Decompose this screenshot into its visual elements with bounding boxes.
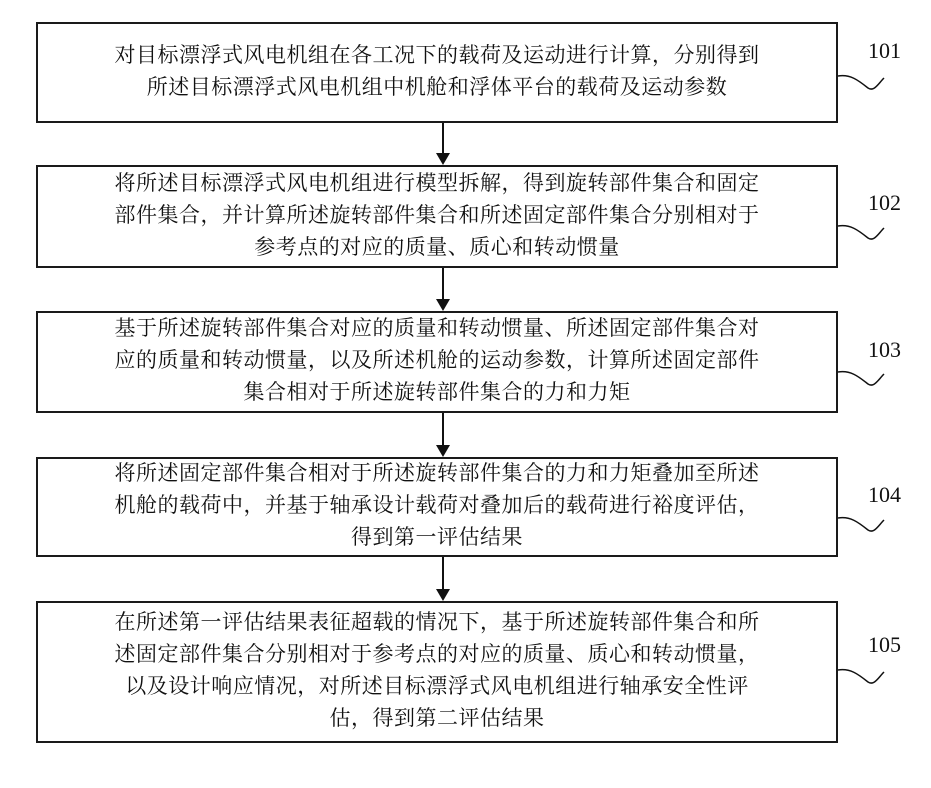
- step-box-102: 将所述目标漂浮式风电机组进行模型拆解，得到旋转部件集合和固定 部件集合，并计算所…: [36, 165, 838, 268]
- step-text-line: 部件集合，并计算所述旋转部件集合和所述固定部件集合分别相对于: [48, 199, 826, 231]
- step-box-101: 对目标漂浮式风电机组在各工况下的载荷及运动进行计算，分别得到 所述目标漂浮式风电…: [36, 22, 838, 123]
- step-box-103: 基于所述旋转部件集合对应的质量和转动惯量、所述固定部件集合对 应的质量和转动惯量…: [36, 311, 838, 413]
- step-text-line: 基于所述旋转部件集合对应的质量和转动惯量、所述固定部件集合对: [48, 312, 826, 344]
- step-label-101: 101: [868, 38, 901, 64]
- step-text-line: 估，得到第二评估结果: [48, 702, 826, 734]
- step-label-102: 102: [868, 190, 901, 216]
- step-text-line: 得到第一评估结果: [48, 521, 826, 553]
- arrow-down-icon: [436, 557, 450, 601]
- step-box-105: 在所述第一评估结果表征超载的情况下，基于所述旋转部件集合和所 述固定部件集合分别…: [36, 601, 838, 743]
- leader-squiggle-icon: [838, 366, 898, 396]
- step-text-line: 将所述固定部件集合相对于所述旋转部件集合的力和力矩叠加至所述: [48, 457, 826, 489]
- step-text-line: 以及设计响应情况，对所述目标漂浮式风电机组进行轴承安全性评: [48, 670, 826, 702]
- step-text-line: 集合相对于所述旋转部件集合的力和力矩: [48, 376, 826, 408]
- step-text-line: 将所述目标漂浮式风电机组进行模型拆解，得到旋转部件集合和固定: [48, 167, 826, 199]
- step-text-line: 对目标漂浮式风电机组在各工况下的载荷及运动进行计算，分别得到: [48, 39, 826, 71]
- leader-squiggle-icon: [838, 512, 898, 542]
- arrow-down-icon: [436, 268, 450, 311]
- step-text-line: 应的质量和转动惯量，以及所述机舱的运动参数，计算所述固定部件: [48, 344, 826, 376]
- step-label-104: 104: [868, 482, 901, 508]
- arrow-down-icon: [436, 123, 450, 165]
- leader-squiggle-icon: [838, 664, 898, 694]
- step-text-line: 参考点的对应的质量、质心和转动惯量: [48, 231, 826, 263]
- step-label-103: 103: [868, 337, 901, 363]
- step-text-line: 述固定部件集合分别相对于参考点的对应的质量、质心和转动惯量，: [48, 638, 826, 670]
- step-text-line: 在所述第一评估结果表征超载的情况下，基于所述旋转部件集合和所: [48, 606, 826, 638]
- arrow-down-icon: [436, 413, 450, 457]
- step-text-line: 机舱的载荷中，并基于轴承设计载荷对叠加后的载荷进行裕度评估，: [48, 489, 826, 521]
- leader-squiggle-icon: [838, 220, 898, 250]
- step-text-line: 所述目标漂浮式风电机组中机舱和浮体平台的载荷及运动参数: [48, 71, 826, 103]
- step-label-105: 105: [868, 632, 901, 658]
- step-box-104: 将所述固定部件集合相对于所述旋转部件集合的力和力矩叠加至所述 机舱的载荷中，并基…: [36, 457, 838, 557]
- leader-squiggle-icon: [838, 70, 898, 100]
